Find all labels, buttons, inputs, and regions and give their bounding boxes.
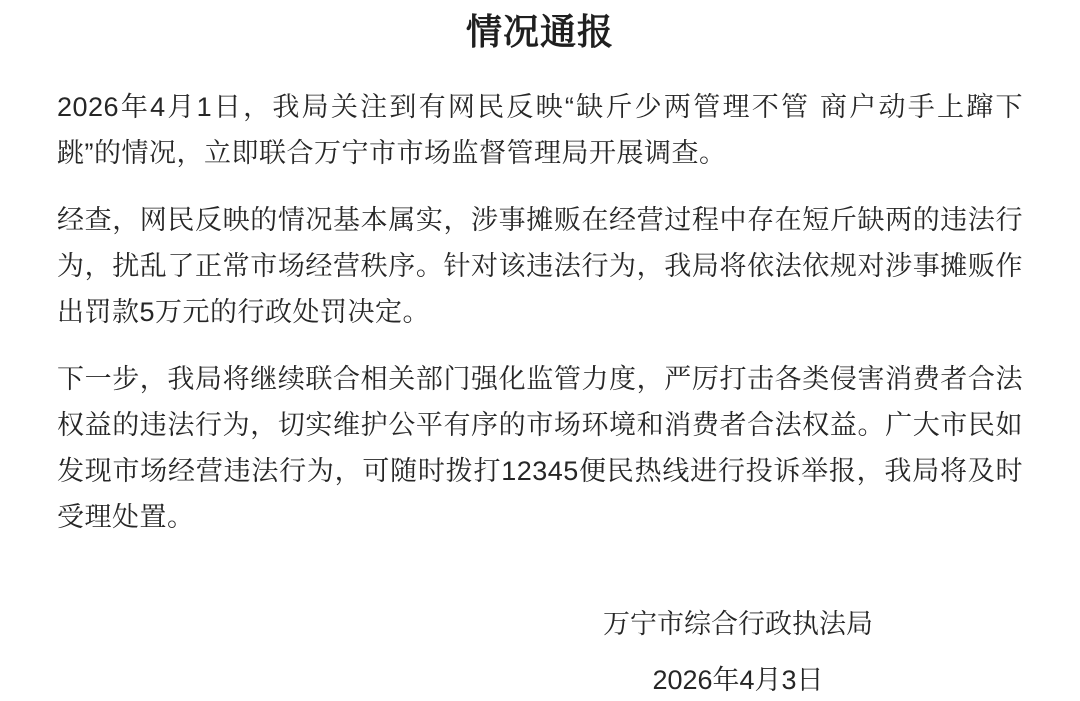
signature-inner: 万宁市综合行政执法局 2026年4月3日 [603, 608, 873, 696]
issue-date: 2026年4月3日 [603, 664, 873, 696]
signature-block: 万宁市综合行政执法局 2026年4月3日 [57, 608, 1023, 696]
notice-document: 情况通报 2026年4月1日，我局关注到有网民反映“缺斤少两管理不管 商户动手上… [0, 0, 1080, 701]
paragraph-next-steps-hotline: 下一步，我局将继续联合相关部门强化监管力度，严厉打击各类侵害消费者合法权益的违法… [57, 356, 1023, 540]
issuing-agency: 万宁市综合行政执法局 [603, 608, 873, 640]
paragraph-investigation-start: 2026年4月1日，我局关注到有网民反映“缺斤少两管理不管 商户动手上蹿下跳”的… [57, 84, 1023, 176]
page-title: 情况通报 [57, 10, 1023, 54]
paragraph-findings-penalty: 经查，网民反映的情况基本属实，涉事摊贩在经营过程中存在短斤缺两的违法行为，扰乱了… [57, 197, 1023, 335]
